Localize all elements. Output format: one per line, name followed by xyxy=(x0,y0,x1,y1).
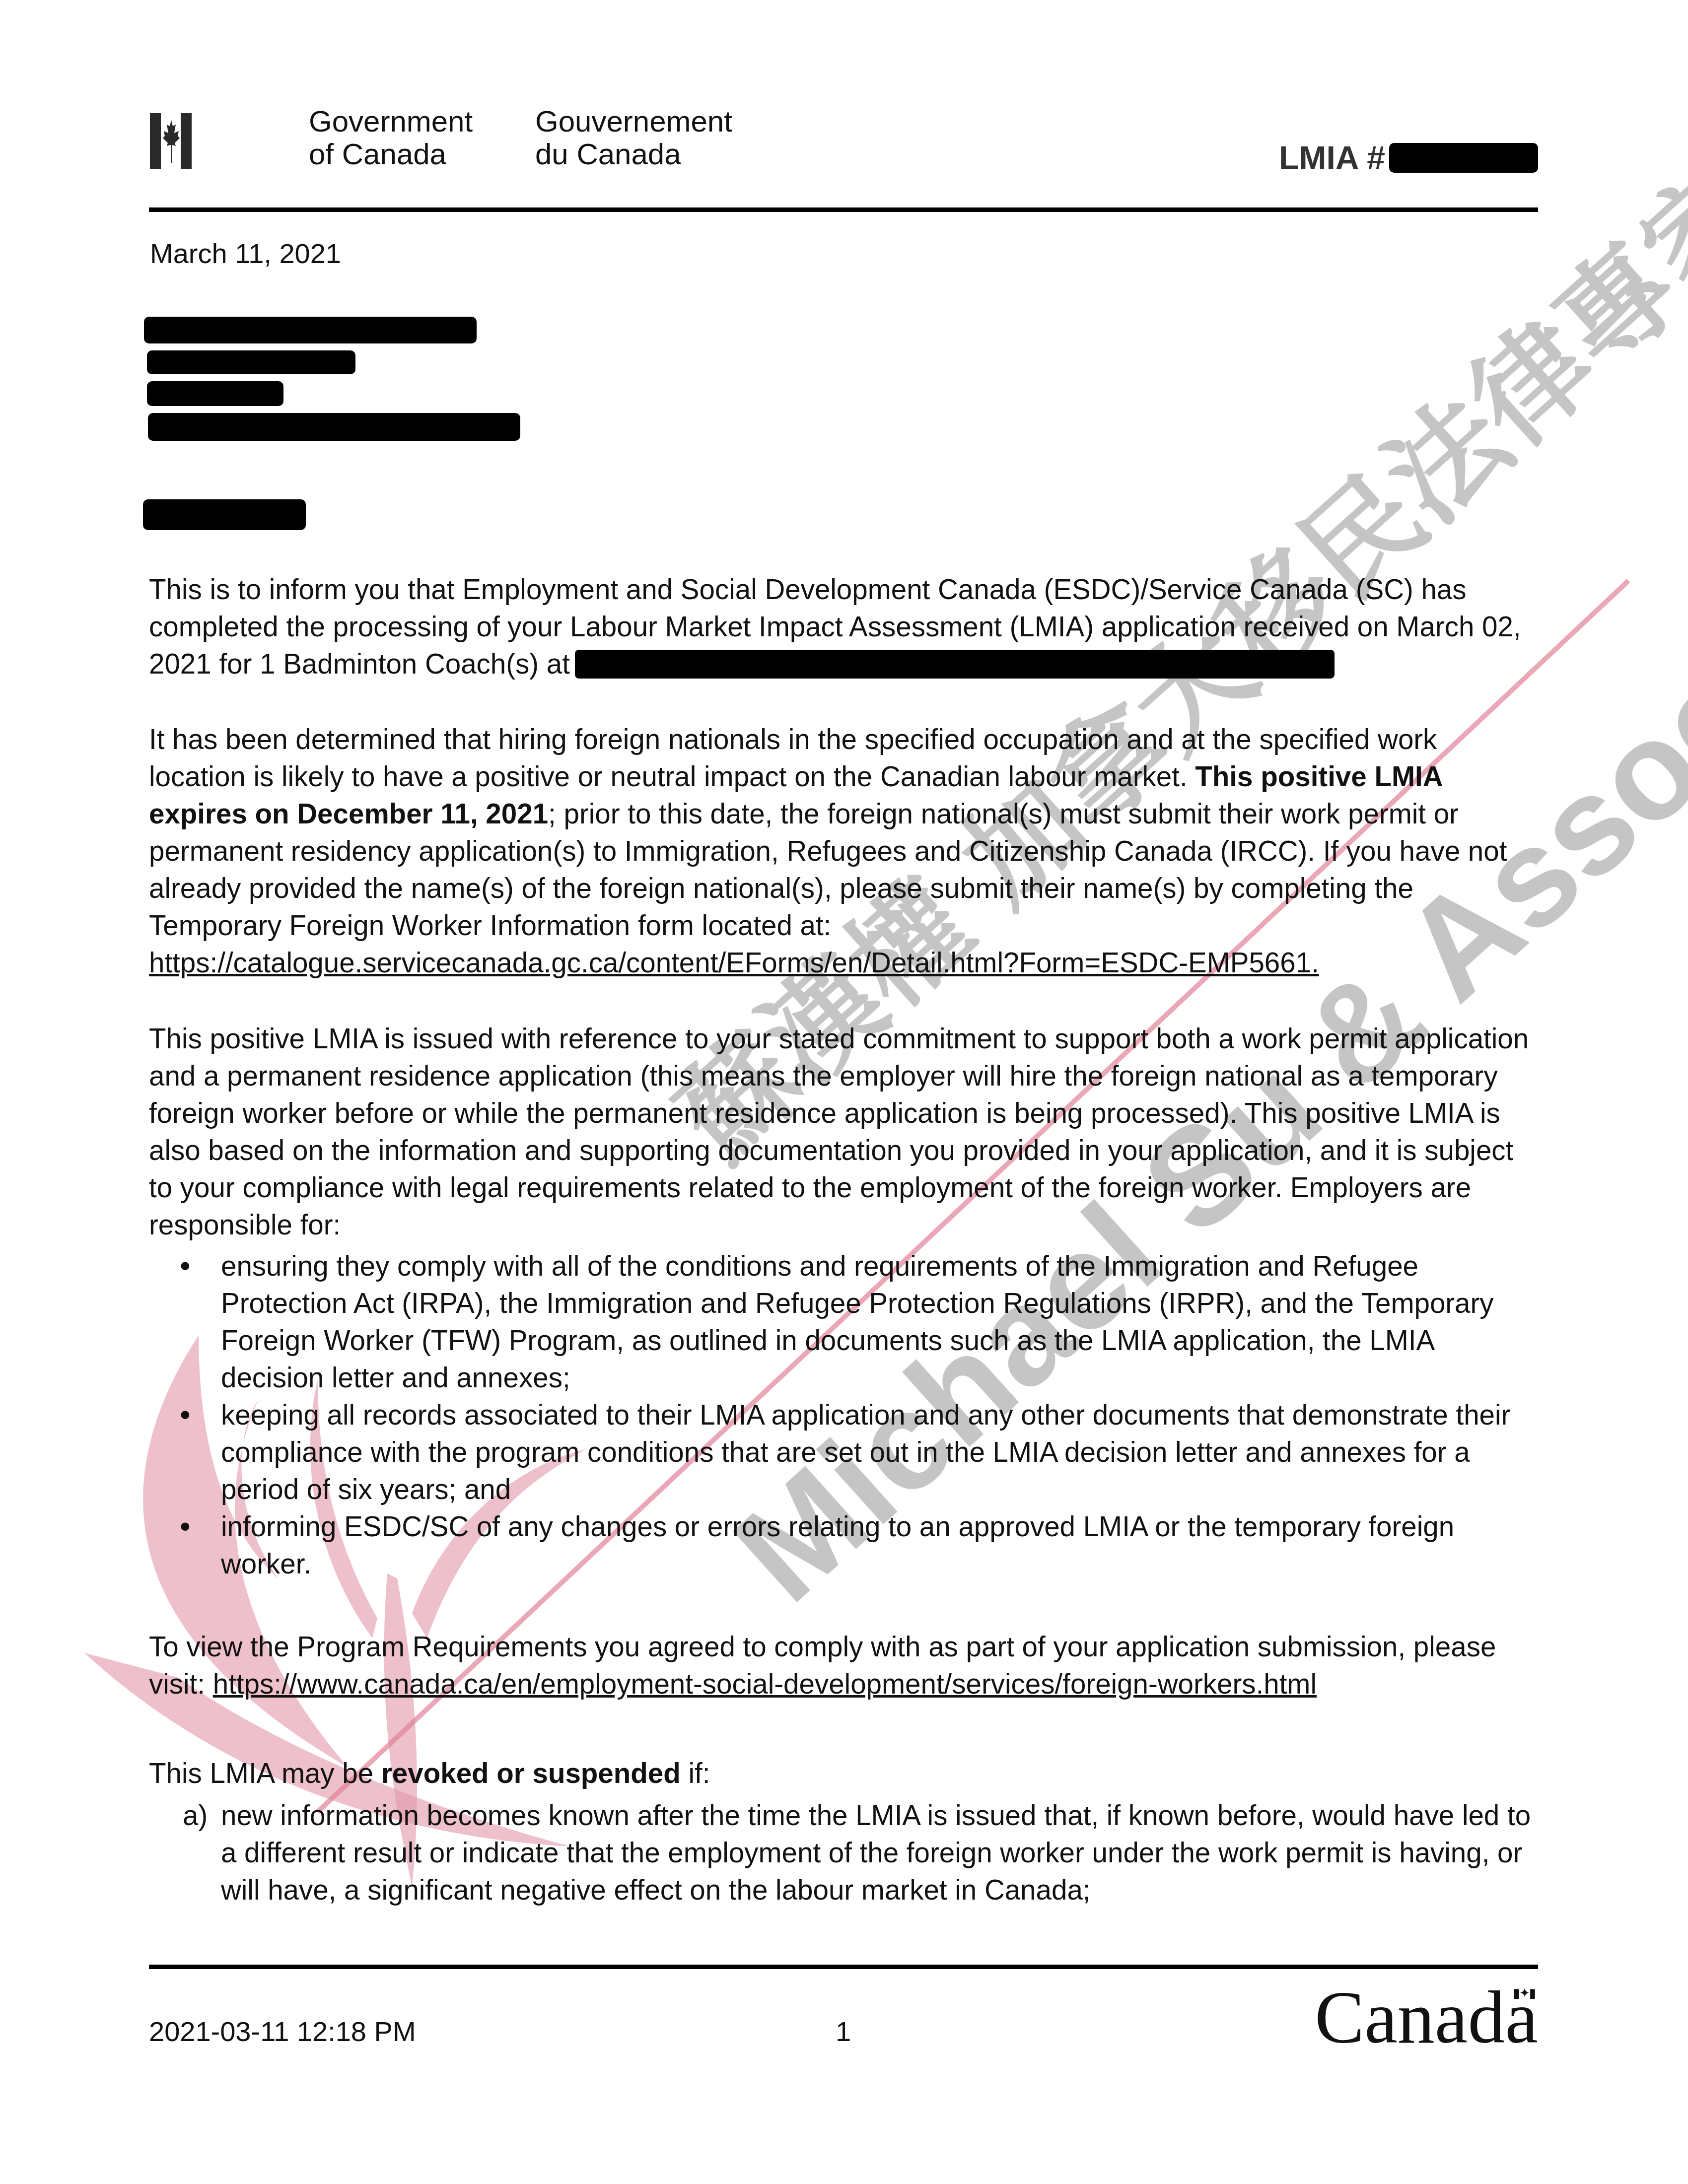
lmia-number-redaction xyxy=(1389,143,1538,173)
canada-wordmark-logo: Canada ▮✦▮ xyxy=(1315,1980,1538,2055)
letter-page: 蘇漢權 加拿大移民法律專家 Michael Su & Associates Go… xyxy=(0,0,1688,2184)
government-of-canada-english: Government of Canada xyxy=(309,105,473,171)
government-of-canada-french: Gouvernement du Canada xyxy=(535,105,732,171)
canada-flag-icon xyxy=(150,113,260,169)
employer-redaction xyxy=(575,650,1335,679)
lmia-reference: LMIA # xyxy=(1279,139,1538,177)
header-divider xyxy=(149,207,1538,212)
page-number: 1 xyxy=(836,2015,851,2047)
list-item: ensuring they comply with all of the con… xyxy=(149,1247,1539,1396)
paragraph-positive-determination: It has been determined that hiring forei… xyxy=(149,721,1539,981)
letter-date: March 11, 2021 xyxy=(150,237,341,270)
flag-icon: ▮✦▮ xyxy=(1513,1986,1535,1999)
tfw-information-form-link[interactable]: https://catalogue.servicecanada.gc.ca/co… xyxy=(149,947,1319,978)
list-item: informing ESDC/SC of any changes or erro… xyxy=(149,1508,1539,1582)
maple-leaf-icon xyxy=(163,118,180,165)
paragraph-processing-notice: This is to inform you that Employment an… xyxy=(149,571,1539,682)
paragraph-employer-responsibilities: This positive LMIA is issued with refere… xyxy=(149,1020,1539,1582)
lmia-label: LMIA # xyxy=(1279,139,1385,177)
paragraph-revocation: This LMIA may be revoked or suspended if… xyxy=(149,1755,1539,1909)
revocation-conditions-list: a)new information becomes known after th… xyxy=(149,1797,1539,1909)
print-timestamp: 2021-03-11 12:18 PM xyxy=(149,2015,416,2047)
responsibilities-list: ensuring they comply with all of the con… xyxy=(149,1247,1539,1582)
paragraph-program-requirements: To view the Program Requirements you agr… xyxy=(149,1628,1539,1703)
footer-divider xyxy=(149,1965,1538,1969)
list-item: keeping all records associated to their … xyxy=(149,1396,1539,1508)
program-requirements-link[interactable]: https://www.canada.ca/en/employment-soci… xyxy=(213,1668,1317,1700)
list-item: a)new information becomes known after th… xyxy=(149,1797,1539,1909)
